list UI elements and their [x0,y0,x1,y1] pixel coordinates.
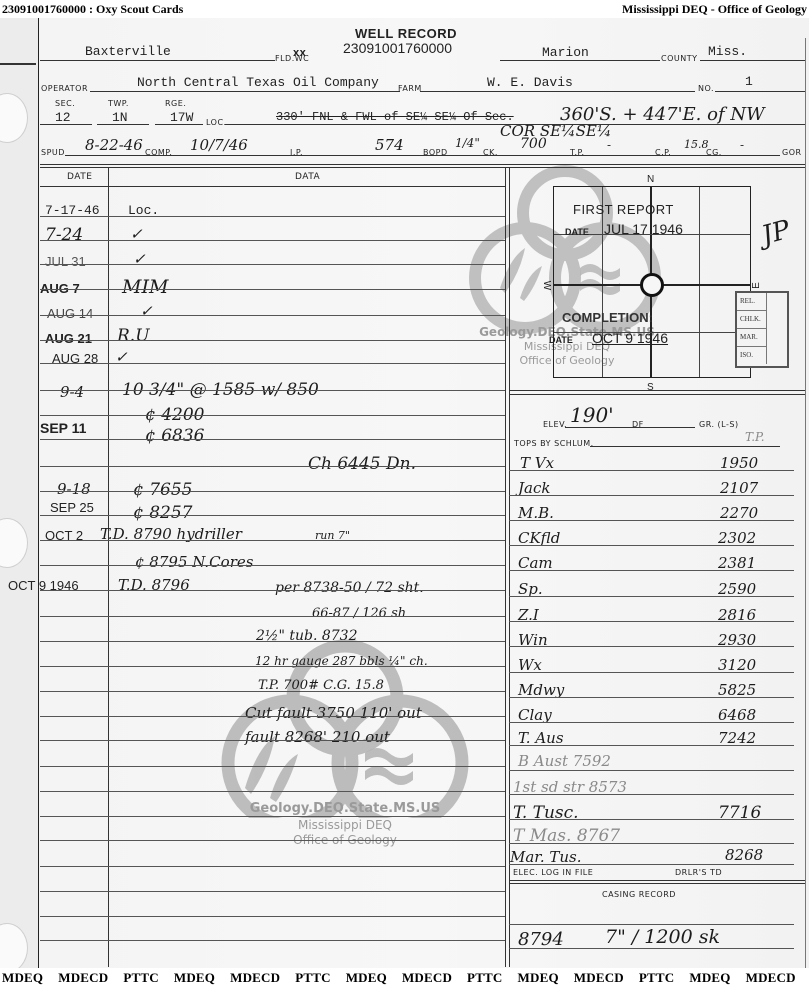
ruled-line [40,590,505,591]
ruled-line [509,520,794,521]
map-west-label: W [541,281,552,290]
county-underline [500,60,660,61]
ruled-line [40,240,505,241]
footer-item: MDEQ [2,970,43,985]
log-data-note: 66-87 / 126 sh [312,606,406,621]
ruled-line [40,390,505,391]
cp-value: 15.8 [684,138,709,151]
tops-underline [590,446,780,447]
log-data: ¢ 7655 [133,480,192,500]
footer-item: MDEQ [174,970,215,985]
punch-hole [0,518,28,568]
top-name-faint: B Aust 7592 [518,752,611,770]
table-right-rule [509,167,510,967]
log-data: ✓ [140,302,153,320]
ruled-line [40,216,505,217]
ruled-line [40,616,505,617]
tops-tp-note: T.P. [745,430,765,444]
spud-underline [65,155,780,156]
ruled-line [40,891,505,892]
rge-underline [155,124,203,125]
ruled-line [509,794,794,795]
gr-label: GR. (L-S) [699,420,739,429]
check-rel: REL. [737,293,767,311]
ruled-line [40,264,505,265]
column-header-rule [40,186,505,187]
spud-label: SPUD [41,148,65,157]
number-value: 1 [745,74,753,89]
ruled-line [509,470,794,471]
ruled-line [509,596,794,597]
log-data-note: Cut fault 3750 110' out [245,704,422,722]
ruled-line [40,515,505,516]
footer-item: MDECD [402,970,452,985]
log-data: ¢ 6836 [145,426,204,446]
elev-value: 190' [570,403,614,427]
comp-value: 10/7/46 [190,136,248,154]
record-title: 23091001760000 : Oxy Scout Cards [2,0,183,18]
ruled-line [509,745,794,746]
loc-struck-text: 330' FNL & FWL of SE¼ SE¼ Of Sec. [276,110,514,124]
operator-label: OPERATOR [41,84,88,93]
map-east-label: E [751,282,762,289]
log-data: ¢ 8795 N.Cores [135,553,253,571]
table-right-rule [505,167,506,967]
twp-value: 1N [112,110,128,125]
county-label: COUNTY [661,54,698,63]
ruled-line [40,540,505,541]
ruled-line [509,843,794,844]
cg-value: - [740,138,744,152]
first-report-label: FIRST REPORT [573,202,674,217]
ruled-line [40,641,505,642]
sec-value: 12 [55,110,71,125]
footer-item: PTTC [467,970,502,985]
ruled-line [509,924,794,925]
footer-item: MDEQ [346,970,387,985]
log-data-note: per 8738-50 / 72 sht. [275,580,424,596]
check-mar: MAR. [737,329,767,347]
log-data: ¢ 8257 [133,503,192,523]
ruled-line [40,415,505,416]
footer-item: MDECD [58,970,108,985]
elec-log-label: ELEC. LOG IN FILE [513,868,593,877]
header-divider [40,167,805,168]
ip-value: 574 [375,136,404,154]
ruled-line [40,740,505,741]
completion-date: OCT 9 1946 [592,330,668,346]
footer-item: PTTC [639,970,674,985]
ruled-line [509,672,794,673]
ruled-line [40,791,505,792]
operator-value: North Central Texas Oil Company [137,75,379,90]
log-data: Ch 6445 Dn. [308,454,416,474]
rge-value: 17W [170,110,193,125]
log-data-note: fault 8268' 210 out [245,728,390,746]
twp-label: TWP. [108,99,129,108]
map-divider [509,394,805,395]
tops-label: TOPS BY SCHLUM. [514,439,594,448]
field-value: Baxterville [85,44,171,59]
data-column-header: DATA [295,172,320,182]
first-report-date: JUL 17 1946 [604,221,683,237]
number-underline [715,91,805,92]
footer-ribbon: MDEQMDECDPTTCMDEQMDECDPTTCMDEQMDECDPTTCM… [0,968,809,988]
elev-label: ELEV. [543,420,567,429]
ruled-line [509,948,794,949]
elev-underline [565,427,695,428]
ck-value: 700 [520,136,547,152]
punch-hole [0,93,28,143]
sec-label: SEC. [55,99,75,108]
ruled-line [40,439,505,440]
farm-label: FARM [398,84,422,93]
agency-title: Mississippi DEQ - Office of Geology [622,0,807,18]
casing-size: 7" / 1200 sk [605,926,720,948]
farm-value: W. E. Davis [487,75,573,90]
spud-value: 8-22-46 [85,136,143,154]
punch-hole [0,923,28,973]
date-column-header: DATE [67,172,92,182]
twp-underline [97,124,149,125]
ruled-line [40,363,505,364]
check-box: REL. CHLK. MAR. ISO. [735,291,789,368]
watermark-agency: Mississippi DEQ [180,818,510,832]
log-data: MIM [122,276,168,298]
casing-divider [509,880,805,881]
ruled-line [40,466,505,467]
header-divider [40,164,805,165]
footer-item: MDECD [574,970,624,985]
map-south-label: S [647,382,654,393]
ruled-line [40,716,505,717]
margin-arrow [0,63,36,65]
log-date: SEP 11 [40,420,86,436]
casing-record-label: CASING RECORD [602,890,676,899]
ruled-line [509,697,794,698]
completion-label: COMPLETION: [562,310,653,325]
farm-underline [420,91,695,92]
watermark-url: Geology.DEQ.State.MS.US [180,801,510,816]
card-edge [805,38,806,968]
bopd-value: 1/4" [455,136,480,150]
sec-underline [40,124,92,125]
state-value: Miss. [708,44,747,59]
map-north-label: N [647,174,654,185]
tp-value: - [607,138,611,152]
footer-item: MDECD [230,970,280,985]
footer-item: PTTC [123,970,158,985]
ruled-line [509,770,794,771]
log-date: 9-4 [60,383,84,401]
footer-item: MDEQ [518,970,559,985]
map-divider [509,390,805,391]
footer-item: PTTC [295,970,330,985]
ruled-line [509,819,794,820]
footer-item: MDECD [746,970,796,985]
ruled-line [40,691,505,692]
drlrs-td-label: DRLR'S TD [675,868,722,877]
log-date: AUG 14 [47,306,93,321]
ruled-line [509,570,794,571]
ruled-line [40,766,505,767]
rge-label: RGE. [165,99,186,108]
title-bar: 23091001760000 : Oxy Scout Cards Mississ… [0,0,809,18]
log-data: ✓ [133,250,146,268]
field-overstrike: XX [293,49,306,58]
top-depth: 7716 [718,803,761,823]
ruled-line [509,722,794,723]
ruled-line [40,666,505,667]
ruled-line [509,545,794,546]
field-underline [40,60,275,61]
log-date: AUG 21 [45,331,92,346]
operator-underline [90,91,400,92]
footer-item: MDEQ [689,970,730,985]
ruled-line [40,816,505,817]
date-column-rule [108,167,109,967]
log-date: 9-18 [57,480,91,498]
loc-handwritten-2: COR SE¼SE¼ [500,122,611,140]
card-title: WELL RECORD [355,26,457,41]
ruled-line [509,646,794,647]
loc-label: LOC. [206,118,227,127]
number-label: NO. [698,84,714,93]
api-number: 23091001760000 [343,40,452,56]
scout-card-image: Geology.DEQ.State.MS.US Mississippi DEQ … [0,18,809,968]
margin-rule [38,18,39,968]
ruled-line [40,866,505,867]
state-underline [700,60,805,61]
ruled-line [40,916,505,917]
ruled-line [40,565,505,566]
ruled-line [509,495,794,496]
ruled-line [40,491,505,492]
ruled-line [40,340,505,341]
log-data: T.D. 8796 [118,576,190,594]
log-date: 7-24 [45,225,83,245]
check-iso: ISO. [737,347,767,364]
completion-date-label: DATE [549,335,573,345]
top-name: T. Tusc. [513,803,579,823]
first-report-date-label: DATE [565,227,589,237]
ruled-line [40,840,505,841]
gor-label: GOR [782,148,802,157]
casing-depth: 8794 [518,929,564,950]
check-chlk: CHLK. [737,311,767,329]
ruled-line [509,864,794,865]
log-data: R.U [117,326,150,346]
log-date: SEP 25 [50,500,94,515]
ruled-line [509,621,794,622]
county-value: Marion [542,45,589,60]
ruled-line [40,940,505,941]
ruled-line [40,315,505,316]
top-depth: 8268 [725,846,763,864]
ruled-line [40,289,505,290]
log-date: JUL 31 [45,254,86,269]
well-location-marker-icon [640,273,664,297]
casing-divider [509,883,805,884]
